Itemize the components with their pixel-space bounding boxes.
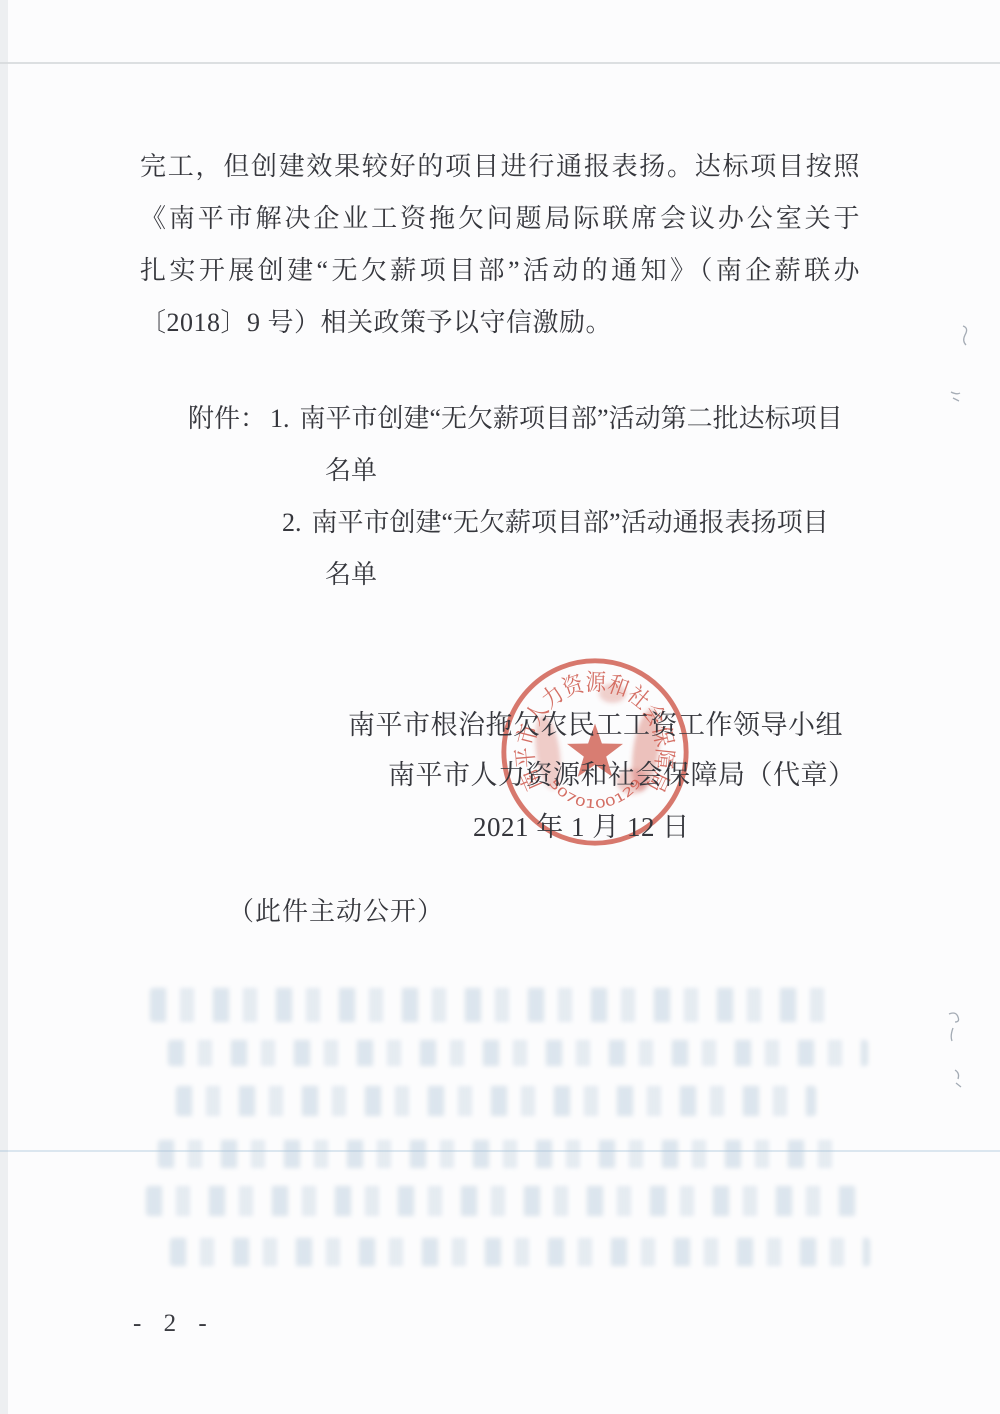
document-text-layer: 完工，但创建效果较好的项目进行通报表扬。达标项目按照 《南平市解决企业工资拖欠问… — [0, 0, 1000, 1414]
attachment-title: 南平市创建“无欠薪项目部”活动第二批达标项目 — [300, 404, 843, 433]
page-number: - 2 - — [133, 1308, 212, 1339]
attachment-number: 1. — [270, 403, 290, 436]
attachment-item-2: 2.南平市创建“无欠薪项目部”活动通报表扬项目 — [282, 507, 829, 540]
attachments-label: 附件： — [188, 404, 266, 433]
disclosure-note: （此件主动公开） — [228, 896, 444, 929]
body-paragraph-line: 《南平市解决企业工资拖欠问题局际联席会议办公室关于 — [140, 203, 860, 236]
attachment-title-continuation: 名单 — [325, 559, 377, 592]
attachment-item-1: 附件：1.南平市创建“无欠薪项目部”活动第二批达标项目 — [188, 403, 843, 436]
body-paragraph-line: 完工，但创建效果较好的项目进行通报表扬。达标项目按照 — [140, 151, 860, 184]
signature-org-line1: 南平市根治拖欠农民工工资工作领导小组 — [348, 709, 843, 743]
document-page: 南平市人力资源和社会保障局 5070100129 完工，但创建效果较好的项目进行… — [0, 0, 1000, 1414]
body-paragraph-line: 〔2018〕9 号）相关政策予以守信激励。 — [140, 307, 860, 340]
attachment-title-continuation: 名单 — [325, 455, 377, 488]
signature-org-line2: 南平市人力资源和社会保障局（代章） — [388, 759, 856, 793]
attachment-title: 南平市创建“无欠薪项目部”活动通报表扬项目 — [312, 508, 829, 537]
attachment-number: 2. — [282, 507, 302, 540]
signature-date: 2021 年 1 月 12 日 — [473, 811, 690, 845]
body-paragraph-line: 扎实开展创建“无欠薪项目部”活动的通知》（南企薪联办 — [140, 255, 860, 288]
